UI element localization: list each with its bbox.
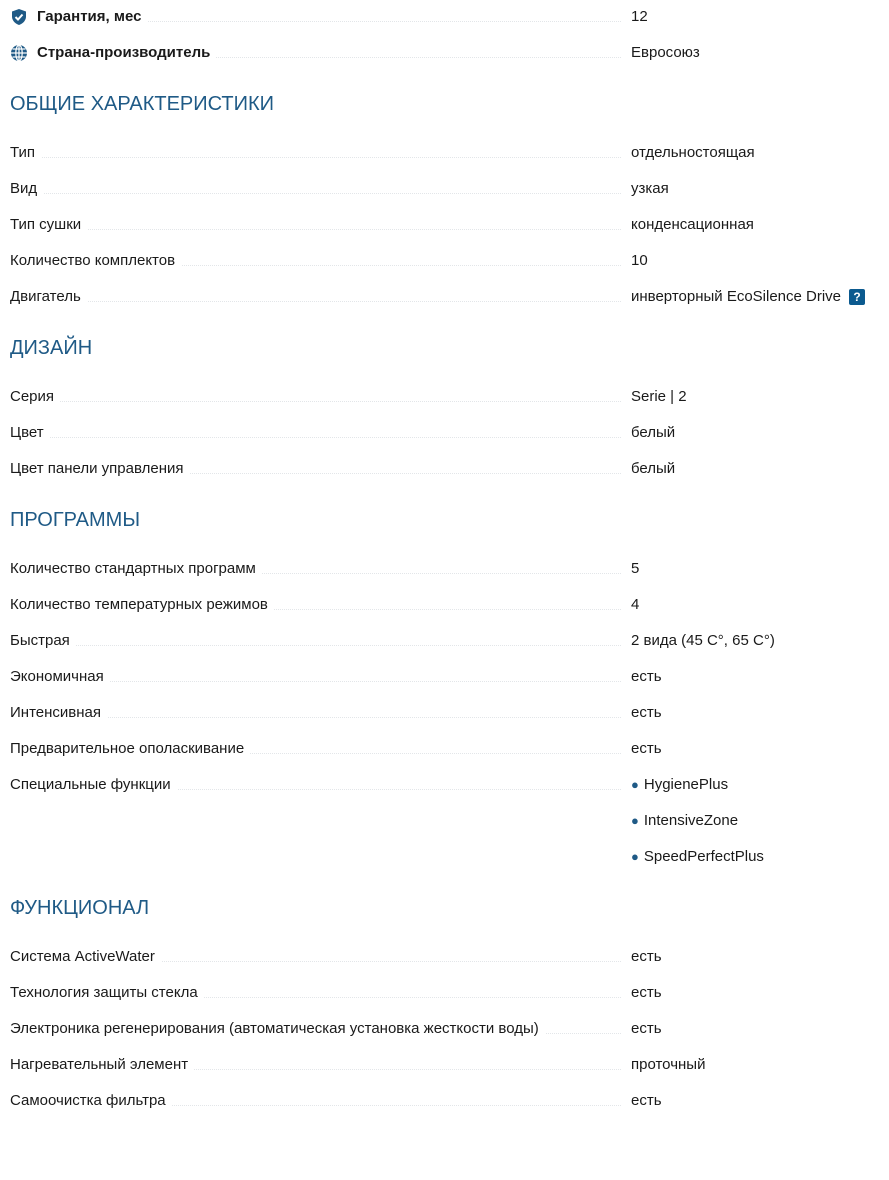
spec-label: Цвет [10, 424, 50, 442]
spec-label: Тип сушки [10, 216, 87, 234]
section-title-general: ОБЩИЕ ХАРАКТЕРИСТИКИ [10, 62, 876, 126]
spec-row: Видузкая [10, 162, 876, 198]
dotted-leader [10, 401, 621, 402]
spec-value: есть [631, 1020, 662, 1038]
dotted-leader [10, 157, 621, 158]
spec-value: узкая [631, 180, 669, 198]
spec-label: Количество комплектов [10, 252, 181, 270]
specs-container: Гарантия, мес 12 Страна-производитель Ев… [10, 0, 876, 1110]
bullet-icon: ● [631, 848, 639, 866]
bullet-icon: ● [631, 812, 639, 830]
dotted-leader [10, 193, 621, 194]
spec-label: Специальные функции [10, 776, 177, 794]
globe-icon [10, 44, 28, 62]
spec-row: Система ActiveWaterесть [10, 930, 876, 966]
spec-row-motor: Двигательинверторный EcoSilence Drive? [10, 270, 876, 306]
spec-row-country: Страна-производитель Евросоюз [10, 26, 876, 62]
spec-label: Количество стандартных программ [10, 560, 262, 578]
spec-label: Цвет панели управления [10, 460, 189, 478]
section-title-programs: ПРОГРАММЫ [10, 478, 876, 542]
spec-row: Технология защиты стеклаесть [10, 966, 876, 1002]
spec-row: Количество комплектов10 [10, 234, 876, 270]
section-title-functionality: ФУНКЦИОНАЛ [10, 866, 876, 930]
spec-row: СерияSerie | 2 [10, 370, 876, 406]
bullet-icon: ● [631, 776, 639, 794]
spec-label: Электроника регенерирования (автоматичес… [10, 1020, 545, 1038]
spec-row: Цвет панели управлениябелый [10, 442, 876, 478]
spec-label: Вид [10, 180, 43, 198]
spec-value: 10 [631, 252, 648, 270]
spec-value: инверторный EcoSilence Drive [631, 288, 841, 306]
spec-label: Система ActiveWater [10, 948, 161, 966]
spec-label: Серия [10, 388, 60, 406]
spec-value: Serie | 2 [631, 388, 687, 406]
spec-label: Быстрая [10, 632, 76, 650]
dotted-leader [10, 229, 621, 230]
spec-label: Нагревательный элемент [10, 1056, 194, 1074]
spec-value: белый [631, 460, 675, 478]
spec-value: Евросоюз [631, 44, 700, 62]
spec-label: Тип [10, 144, 41, 162]
spec-value: 4 [631, 596, 639, 614]
spec-row: Количество стандартных программ5 [10, 542, 876, 578]
spec-label: Экономичная [10, 668, 110, 686]
spec-label: Страна-производитель [37, 44, 210, 62]
spec-value: есть [631, 1092, 662, 1110]
spec-value: отдельностоящая [631, 144, 755, 162]
spec-label: Двигатель [10, 288, 87, 306]
spec-value: 2 вида (45 C°, 65 C°) [631, 632, 775, 650]
spec-value: есть [631, 668, 662, 686]
list-item: ●SpeedPerfectPlus [10, 830, 876, 866]
list-item: ●HygienePlus [631, 776, 728, 794]
dotted-leader [10, 301, 621, 302]
help-icon[interactable]: ? [849, 289, 865, 305]
section-title-design: ДИЗАЙН [10, 306, 876, 370]
spec-value: есть [631, 984, 662, 1002]
spec-row: Самоочистка фильтраесть [10, 1074, 876, 1110]
spec-value: есть [631, 948, 662, 966]
spec-label: Интенсивная [10, 704, 107, 722]
spec-row: Интенсивнаяесть [10, 686, 876, 722]
spec-row: Нагревательный элементпроточный [10, 1038, 876, 1074]
spec-row: Предварительное ополаскиваниеесть [10, 722, 876, 758]
spec-label: Количество температурных режимов [10, 596, 274, 614]
spec-label: Технология защиты стекла [10, 984, 204, 1002]
spec-label: Предварительное ополаскивание [10, 740, 250, 758]
spec-value: проточный [631, 1056, 705, 1074]
dotted-leader [10, 437, 621, 438]
spec-row-warranty: Гарантия, мес 12 [10, 0, 876, 26]
spec-row: Экономичнаяесть [10, 650, 876, 686]
shield-check-icon [10, 8, 28, 26]
spec-value: 5 [631, 560, 639, 578]
spec-row: Электроника регенерирования (автоматичес… [10, 1002, 876, 1038]
spec-row: Тип сушкиконденсационная [10, 198, 876, 234]
spec-label: Гарантия, мес [37, 8, 141, 26]
spec-row-special-functions: Специальные функции●HygienePlus [10, 758, 876, 794]
spec-row: Быстрая2 вида (45 C°, 65 C°) [10, 614, 876, 650]
spec-value: 12 [631, 8, 648, 26]
spec-label: Самоочистка фильтра [10, 1092, 172, 1110]
spec-row: Типотдельностоящая [10, 126, 876, 162]
spec-row: Цветбелый [10, 406, 876, 442]
spec-value: есть [631, 740, 662, 758]
spec-value: есть [631, 704, 662, 722]
dotted-leader [10, 645, 621, 646]
list-item: ●IntensiveZone [10, 794, 876, 830]
spec-value: белый [631, 424, 675, 442]
spec-value: конденсационная [631, 216, 754, 234]
spec-row: Количество температурных режимов4 [10, 578, 876, 614]
